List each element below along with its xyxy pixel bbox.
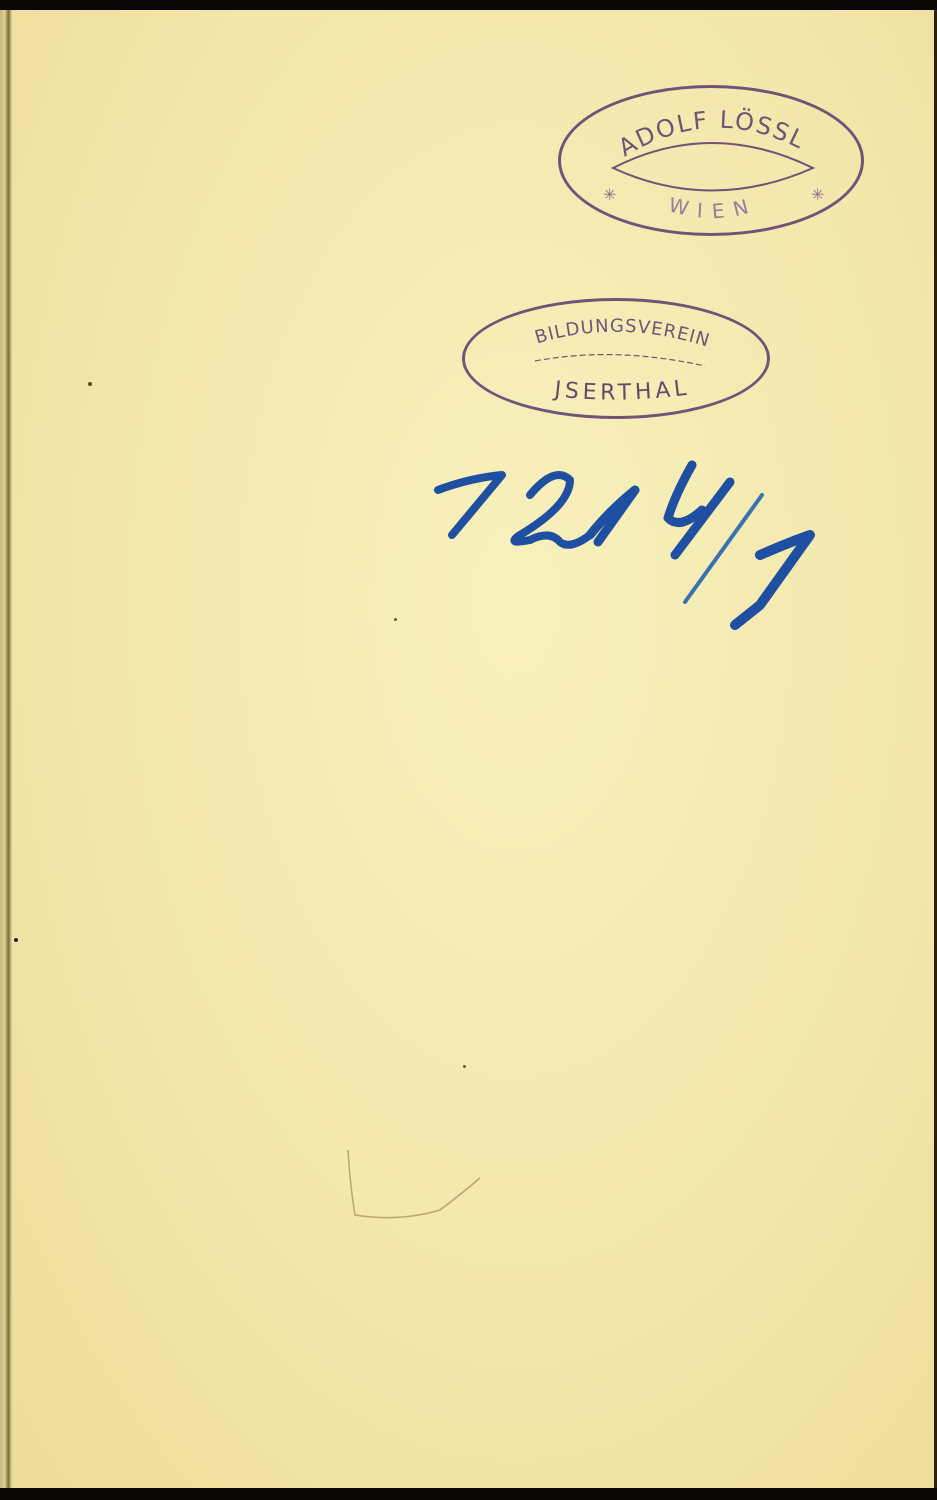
book-spine-edge [0, 10, 12, 1488]
stamp1-bottom-text: WIEN [666, 192, 760, 224]
svg-text:JSERTHAL: JSERTHAL [551, 376, 691, 406]
paper-speck [394, 618, 397, 621]
handwritten-shelfmark: 1214/1 [430, 450, 830, 640]
paper-speck [14, 938, 18, 942]
stamp2-bottom-text: JSERTHAL [551, 376, 691, 406]
paper-speck [463, 1065, 466, 1068]
bookseller-stamp-art: ADOLF LÖSSL ✳ ✳ WIEN [561, 88, 861, 233]
library-stamp-art: BILDUNGSVEREIN JSERTHAL [465, 301, 767, 416]
library-stamp: BILDUNGSVEREIN JSERTHAL [462, 298, 770, 419]
stamp2-top-text: BILDUNGSVEREIN [532, 316, 712, 352]
shelfmark-strokes: 1214/1 [430, 450, 830, 640]
stamp1-ornament-left: ✳ [603, 185, 616, 204]
svg-text:BILDUNGSVEREIN: BILDUNGSVEREIN [532, 316, 712, 352]
stamp1-ornament-right: ✳ [811, 185, 824, 204]
pencil-mark [330, 1140, 490, 1230]
svg-text:WIEN: WIEN [666, 192, 760, 224]
flyleaf-page: ADOLF LÖSSL ✳ ✳ WIEN BILDUNGSVEREIN JSER… [0, 10, 937, 1488]
bookseller-stamp: ADOLF LÖSSL ✳ ✳ WIEN [558, 85, 864, 236]
paper-speck [88, 382, 92, 386]
